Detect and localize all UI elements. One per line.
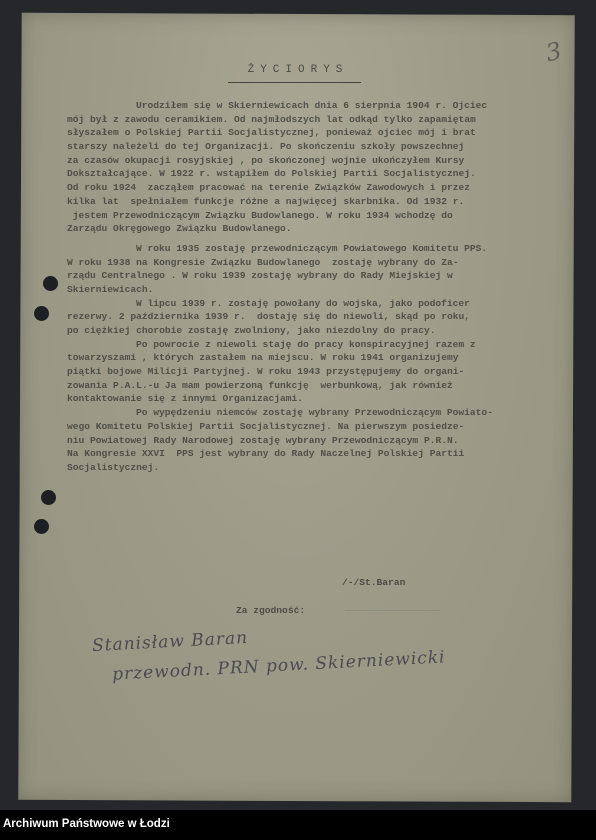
text-line: Zarządu Okręgowego Związku Budowlanego. [67,222,574,236]
text-line: kontaktowanie się z innymi Organizacjami… [67,392,574,406]
text-line: Po wypędzeniu niemców zostaję wybrany Pr… [136,406,574,420]
punch-hole [34,519,49,534]
text-line: W roku 1935 zostaję przewodniczącym Powi… [136,242,574,256]
typed-signature: /-/St.Baran [342,577,405,588]
text-line: rządu Centralnego . W roku 1939 zostaję … [67,269,574,283]
text-line: Na Kongresie XXVI PPS jest wybrany do Ra… [67,447,574,461]
text-line: towarzyszami , których zastałem na miejs… [67,351,574,365]
punch-hole [34,306,49,321]
text-line: rezerwy. 2 października 1939 r. dostaję … [67,310,574,324]
punch-hole [41,490,56,505]
text-line: jestem Przewodniczącym Związku Budowlane… [67,209,574,223]
text-line: piątki bojowe Milicji Partyjnej. W roku … [67,365,574,379]
text-line: wego Komitetu Polskiej Partii Socjalisty… [67,420,574,434]
text-line: zowania P.A.L.-u Ja mam powierzoną funkc… [67,379,574,393]
archive-name: Archiwum Państwowe w Łodzi [3,818,170,830]
text-line: Dokształcające. W 1922 r. wstąpiłem do P… [67,167,574,181]
document-title: ŻYCIORYS [0,64,596,76]
punch-hole [43,276,58,291]
text-line: za czasów okupacji rosyjskiej , po skońc… [67,154,574,168]
archive-footer: Archiwum Państwowe w Łodzi [0,810,596,840]
text-line: W roku 1938 na Kongresie Związku Budowla… [67,256,574,270]
text-line: starszy należeli do tej Organizacji. Po … [67,140,574,154]
faint-stamp [345,592,440,611]
text-line: Od roku 1924 zacząłem pracować na tereni… [67,181,574,195]
text-line: Socjalistycznej. [67,461,574,475]
text-line: W lipcu 1939 r. zostaję powołany do wojs… [136,297,574,311]
text-line: Skierniewicach. [67,283,574,297]
agreement-label: Za zgodność: [236,605,305,616]
text-line: Po powrocie z niewoli staję do pracy kon… [136,338,574,352]
text-line: niu Powiatowej Rady Narodowej zostaję wy… [67,434,574,448]
biography-body: Urodziłem się w Skierniewicach dnia 6 si… [84,99,574,475]
text-line: po ciężkiej chorobie zostaję zwolniony, … [67,324,574,338]
title-underline [228,82,361,83]
text-line: kilka lat spełniałem funkcje różne a naj… [67,195,574,209]
text-line: słyszałem o Polskiej Partii Socjalistycz… [67,126,574,140]
text-line: mój był z zawodu ceramikiem. Od najmłods… [67,113,574,127]
text-line: Urodziłem się w Skierniewicach dnia 6 si… [136,99,574,113]
